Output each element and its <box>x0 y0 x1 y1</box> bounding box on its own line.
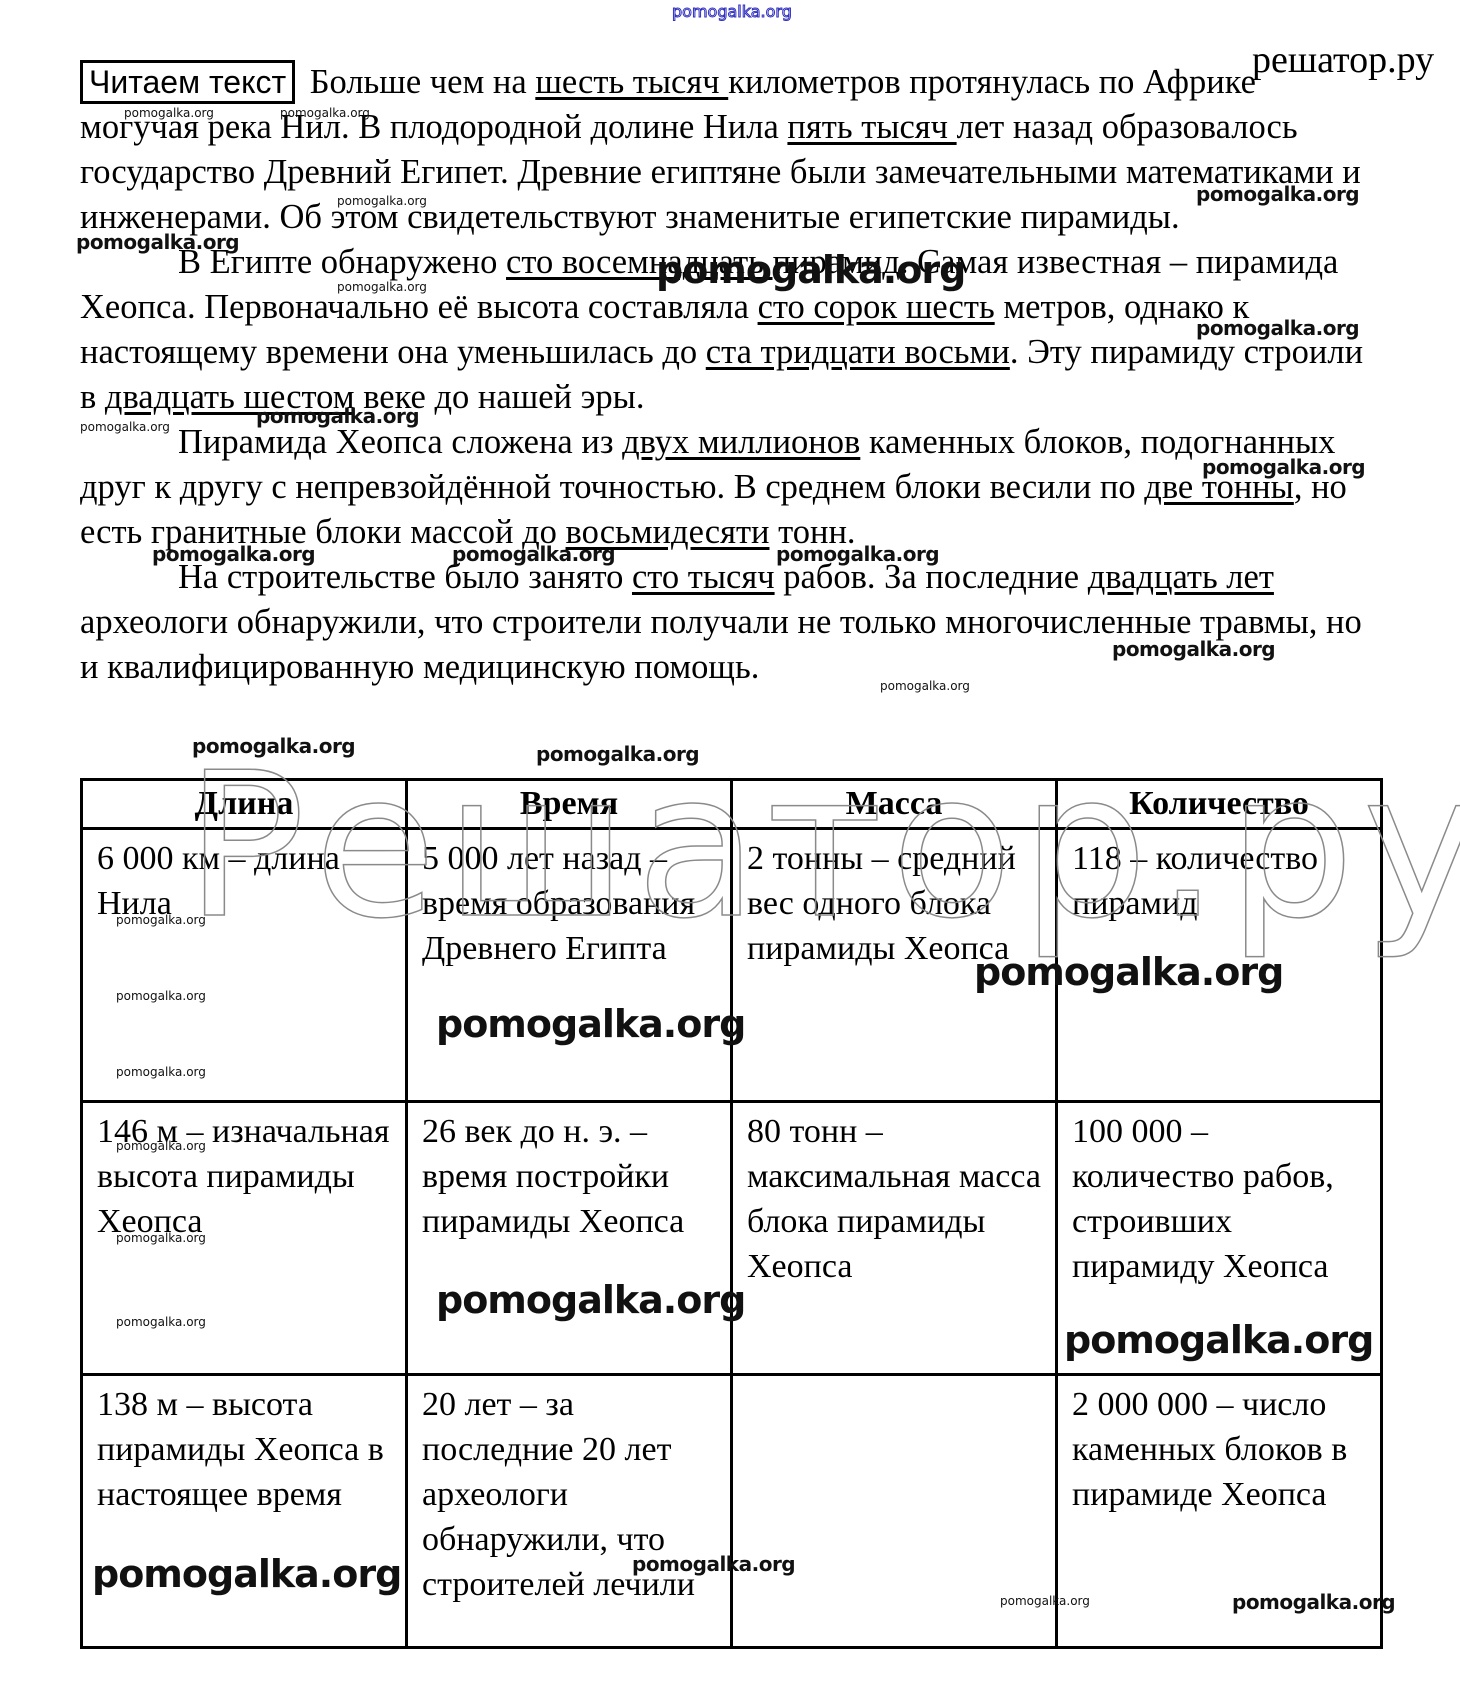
paragraph: Пирамида Хеопса сложена из двух миллионо… <box>80 420 1380 555</box>
worksheet-page: pomogalka.org решатор.ру Читаем текст Бо… <box>0 0 1460 1691</box>
watermark: pomogalka.org <box>536 742 699 766</box>
watermark: pomogalka.org <box>1196 316 1359 340</box>
header-mass: Масса <box>732 780 1057 829</box>
number-word: шесть тысяч <box>535 63 728 101</box>
number-word: двадцать лет <box>1088 558 1274 596</box>
watermark: pomogalka.org <box>116 1139 206 1153</box>
watermark: pomogalka.org <box>124 106 214 120</box>
number-word: сто тысяч <box>632 558 775 596</box>
watermark: pomogalka.org <box>256 404 419 428</box>
watermark: pomogalka.org <box>436 1002 745 1046</box>
watermark: pomogalka.org <box>116 1231 206 1245</box>
table-header-row: Длина Время Масса Количество <box>82 780 1382 829</box>
watermark: pomogalka.org <box>192 734 355 758</box>
number-word: ста тридцати восьми <box>706 333 1010 371</box>
watermark: pomogalka.org <box>280 106 370 120</box>
watermark: pomogalka.org <box>1000 1594 1090 1608</box>
watermark: pomogalka.org <box>974 950 1283 994</box>
watermark: pomogalka.org <box>632 1552 795 1576</box>
watermark: pomogalka.org <box>1112 637 1275 661</box>
watermark: pomogalka.org <box>880 679 970 693</box>
table-cell: 80 тонн – максимальная масса блока пирам… <box>732 1102 1057 1375</box>
table-cell: 6 000 км – длина Нила <box>82 829 407 1102</box>
table-row: 138 м – высота пирамиды Хеопса в настоящ… <box>82 1375 1382 1648</box>
header-time: Время <box>407 780 732 829</box>
watermark: pomogalka.org <box>656 248 965 292</box>
watermark: pomogalka.org <box>337 194 427 208</box>
paragraph: Читаем текст Больше чем на шесть тысяч к… <box>80 60 1380 240</box>
table-cell: 5 000 лет назад – время образования Древ… <box>407 829 732 1102</box>
header-count: Количество <box>1057 780 1382 829</box>
text-run: Пирамида Хеопса сложена из <box>178 423 622 461</box>
watermark: pomogalka.org <box>1196 182 1359 206</box>
header-length: Длина <box>82 780 407 829</box>
watermark: pomogalka.org <box>436 1278 745 1322</box>
watermark: pomogalka.org <box>1232 1590 1395 1614</box>
reading-label: Читаем текст <box>80 60 295 104</box>
table-cell: 20 лет – за последние 20 лет археологи о… <box>407 1375 732 1648</box>
watermark: pomogalka.org <box>1202 455 1365 479</box>
watermark: pomogalka.org <box>776 542 939 566</box>
table-cell: 26 век до н. э. – время постройки пирами… <box>407 1102 732 1375</box>
watermark: pomogalka.org <box>92 1552 401 1596</box>
watermark: pomogalka.org <box>452 542 615 566</box>
number-word: пять тысяч <box>787 108 956 146</box>
watermark: pomogalka.org <box>76 230 239 254</box>
paragraph: На строительстве было занято сто тысяч р… <box>80 555 1380 690</box>
watermark: pomogalka.org <box>116 913 206 927</box>
watermark: pomogalka.org <box>116 989 206 1003</box>
watermark: pomogalka.org <box>116 1065 206 1079</box>
watermark: pomogalka.org <box>337 280 427 294</box>
number-word: двух миллионов <box>622 423 860 461</box>
watermark: pomogalka.org <box>1064 1318 1373 1362</box>
table-cell: 138 м – высота пирамиды Хеопса в настоящ… <box>82 1375 407 1648</box>
watermark: pomogalka.org <box>80 420 170 434</box>
facts-table: Длина Время Масса Количество 6 000 км – … <box>80 778 1383 1649</box>
reading-text: Читаем текст Больше чем на шесть тысяч к… <box>80 60 1380 690</box>
number-word: сто сорок шесть <box>758 288 995 326</box>
text-run: Больше чем на <box>301 63 535 101</box>
watermark: pomogalka.org <box>152 542 315 566</box>
watermark: pomogalka.org <box>116 1315 206 1329</box>
top-watermark: pomogalka.org <box>672 2 792 21</box>
